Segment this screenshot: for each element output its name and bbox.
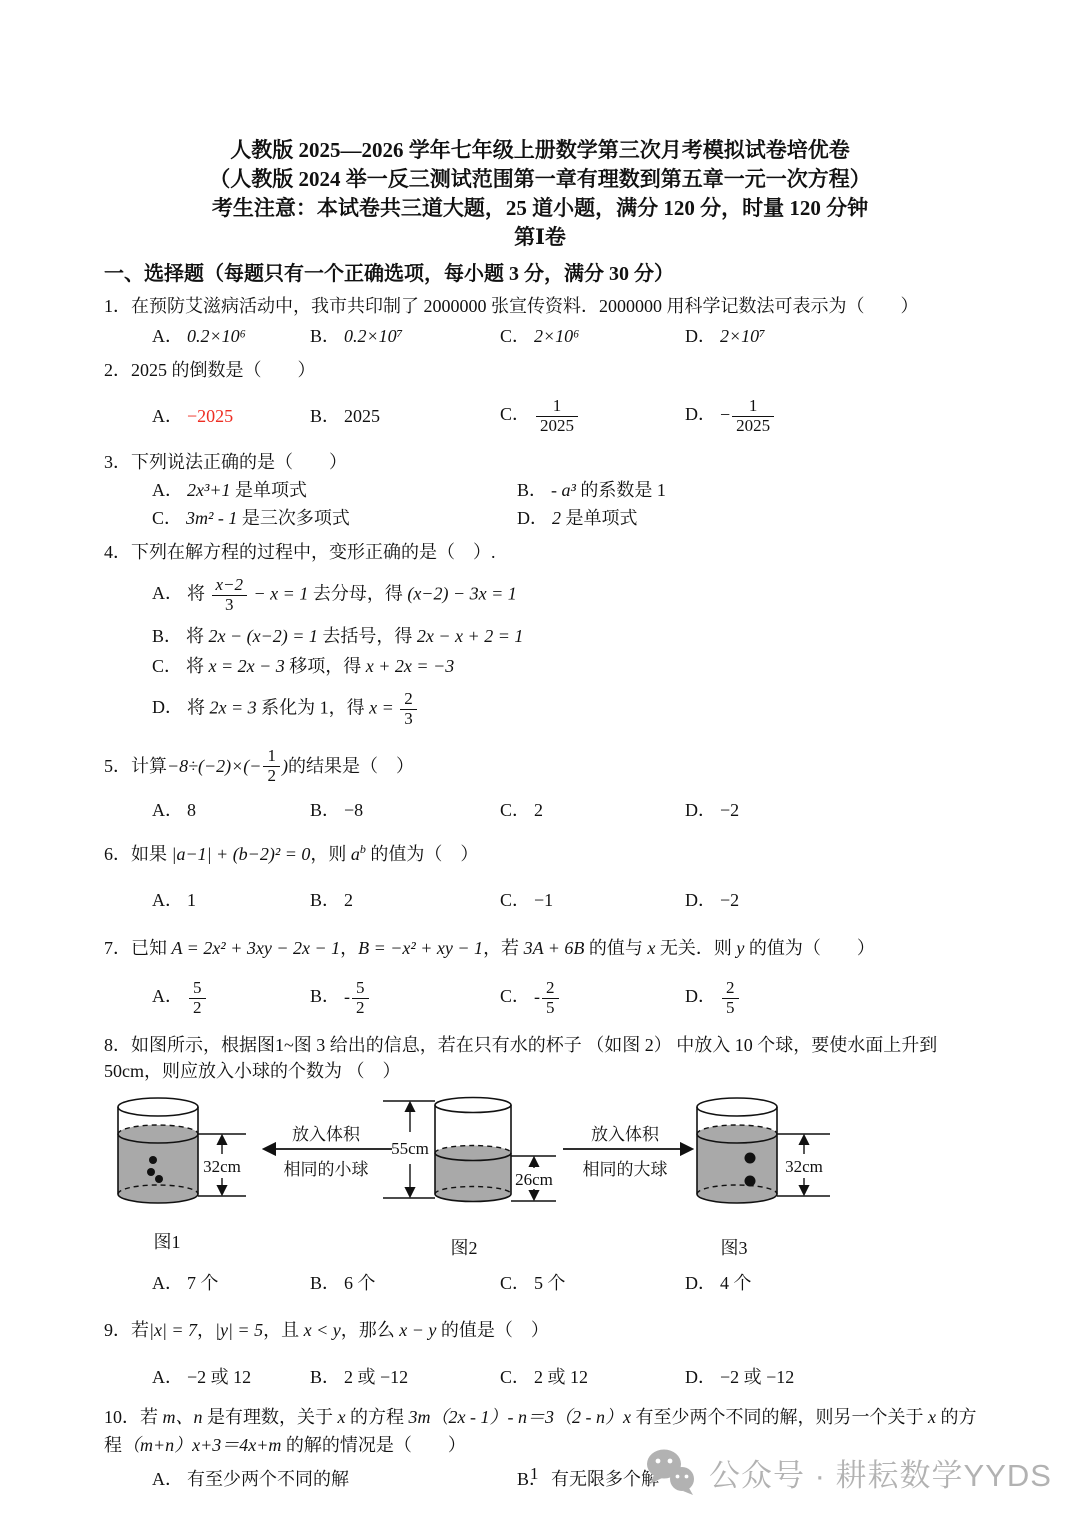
exam-header: 人教版 2025—2026 学年七年级上册数学第三次月考模拟试卷培优卷 （人教版… [90, 136, 990, 252]
answer-highlight: −2025 [187, 406, 233, 426]
option-label: A． [152, 1469, 183, 1489]
option-label: D． [685, 890, 716, 910]
option-d: D．−2 或 −12 [685, 1363, 988, 1391]
option-label: D． [685, 986, 716, 1006]
fraction: 25 [542, 979, 559, 1017]
option-a: A．−2 或 12 [152, 1363, 310, 1391]
option-b: B．2 或 −12 [310, 1363, 500, 1391]
question-stem: 4．下列在解方程的过程中，变形正确的是（ ）. [104, 538, 988, 566]
arrow-caption: 相同的大球 [583, 1160, 668, 1179]
question-3: 3．下列说法正确的是（ ） A．2x³+1 是单项式 B．- a³ 的系数是 1… [104, 448, 988, 532]
large-ball [745, 1153, 756, 1164]
dimension-label: 26cm [515, 1170, 553, 1189]
question-stem: 3．下列说法正确的是（ ） [104, 448, 988, 476]
option-c: C．2×10⁶ [500, 322, 685, 350]
option-a: A．0.2×10⁶ [152, 322, 310, 350]
option-label: A． [152, 480, 183, 500]
figure-caption-1: 图1 [154, 1232, 181, 1252]
option-label: A． [152, 406, 183, 426]
dimension-32cm-left: 32cm [198, 1134, 246, 1196]
option-a: A．2x³+1 是单项式 [152, 476, 517, 504]
left-arrow-group: 放入体积 相同的小球 [264, 1125, 392, 1179]
option-label: A． [152, 1273, 183, 1293]
option-d: D．−2 [685, 796, 988, 824]
option-d: D．−12025 [685, 397, 988, 435]
option-c: C．将 x = 2x − 3 移项，得 x + 2x = −3 [152, 652, 988, 680]
cylinders-figure-svg: 32cm 放入体积 相同的小球 [104, 1088, 980, 1260]
cylinder-2 [435, 1098, 511, 1202]
option-d: D．−2 [685, 886, 988, 914]
question-stem: 2．2025 的倒数是（ ） [104, 356, 988, 384]
option-c: C．2 [500, 796, 685, 824]
small-ball [149, 1156, 157, 1164]
option-a: A．1 [152, 886, 310, 914]
option-b: B．6 个 [310, 1269, 500, 1297]
question-8-figure: 32cm 放入体积 相同的小球 [104, 1088, 988, 1265]
exam-subtitle: （人教版 2024 举一反三测试范围第一章有理数到第五章一元一次方程） [90, 165, 990, 194]
option-b: B．2025 [310, 402, 500, 430]
page-title: 人教版 2025—2026 学年七年级上册数学第三次月考模拟试卷培优卷 [90, 136, 990, 165]
option-a: A．−2025 [152, 402, 310, 430]
options-row: A．2x³+1 是单项式 B．- a³ 的系数是 1 [152, 476, 988, 504]
option-b: B．- a³ 的系数是 1 [517, 476, 988, 504]
option-label: C． [152, 656, 182, 676]
small-ball [147, 1168, 155, 1176]
option-label: C． [500, 890, 530, 910]
option-b: B．0.2×10⁷ [310, 322, 500, 350]
options-row: A．−2025 B．2025 C．12025 D．−12025 [152, 392, 988, 440]
question-stem: 1．在预防艾滋病活动中，我市共印制了 2000000 张宣传资料．2000000… [104, 292, 988, 320]
fraction: 12 [263, 747, 280, 785]
watermark: 公众号 · 耕耘数学YYDS [645, 1448, 1052, 1496]
question-1: 1．在预防艾滋病活动中，我市共印制了 2000000 张宣传资料．2000000… [104, 292, 988, 350]
question-2: 2．2025 的倒数是（ ） A．−2025 B．2025 C．12025 D．… [104, 356, 988, 440]
option-label: B． [152, 626, 182, 646]
dimension-label: 55cm [391, 1139, 429, 1158]
fraction: 52 [352, 979, 369, 1017]
options-row: A．−2 或 12 B．2 或 −12 C．2 或 12 D．−2 或 −12 [152, 1363, 988, 1391]
dimension-55cm: 55cm [383, 1101, 435, 1198]
option-label: C． [500, 986, 530, 1006]
options-row: A．52 B．-52 C．-25 D．25 [152, 974, 988, 1022]
question-stem: 8．如图所示，根据图1~图 3 给出的信息，若在只有水的杯子 （如图 2） 中放… [104, 1032, 988, 1084]
option-label: D． [685, 800, 716, 820]
option-label: A． [152, 986, 183, 1006]
section-heading: 一、选择题（每题只有一个正确选项，每小题 3 分，满分 30 分） [104, 260, 990, 288]
figure-caption-2: 图2 [451, 1238, 478, 1258]
option-label: C． [500, 800, 530, 820]
option-label: C． [500, 1367, 530, 1387]
option-d: D．2×10⁷ [685, 322, 988, 350]
option-d: D．将 2x = 3 系化为 1，得 x = 23 [152, 686, 988, 732]
option-label: A． [152, 1367, 183, 1387]
option-a: A．将 x−23 − x = 1 去分母，得 (x−2) − 3x = 1 [152, 572, 988, 618]
option-c: C．-25 [500, 979, 685, 1017]
cylinder-1 [118, 1098, 198, 1203]
option-a: A．8 [152, 796, 310, 824]
options-row: A．0.2×10⁶ B．0.2×10⁷ C．2×10⁶ D．2×10⁷ [152, 322, 988, 350]
option-label: A． [152, 326, 183, 346]
dimension-26cm: 26cm [511, 1156, 556, 1201]
option-label: B． [517, 480, 547, 500]
option-c: C．5 个 [500, 1269, 685, 1297]
dimension-label: 32cm [785, 1157, 823, 1176]
question-stem: 6．如果 |a−1| + (b−2)² = 0，则 ab 的值为（ ） [104, 838, 988, 870]
option-label: D． [685, 404, 716, 424]
options-row: A．7 个 B．6 个 C．5 个 D．4 个 [152, 1269, 988, 1297]
option-b: B．-52 [310, 979, 500, 1017]
option-label: B． [310, 406, 340, 426]
options-row: A．1 B．2 C．−1 D．−2 [152, 886, 988, 914]
option-label: A． [152, 800, 183, 820]
option-label: C． [152, 508, 182, 528]
question-9: 9．若|x| = 7，|y| = 5，且 x < y，那么 x − y 的值是（… [104, 1315, 988, 1391]
option-b: B．−8 [310, 796, 500, 824]
option-label: D． [685, 1273, 716, 1293]
option-c: C．−1 [500, 886, 685, 914]
option-a: A．有至少两个不同的解 [152, 1465, 517, 1493]
page-number: 1 [530, 1464, 539, 1484]
option-d: D．25 [685, 979, 988, 1017]
exam-notice: 考生注意：本试卷共三道大题，25 道小题，满分 120 分，时量 120 分钟 [90, 194, 990, 223]
option-label: C． [500, 1273, 530, 1293]
option-d: D．4 个 [685, 1269, 988, 1297]
option-label: B． [310, 1273, 340, 1293]
option-c: C．12025 [500, 397, 685, 435]
arrow-caption: 放入体积 [591, 1125, 660, 1144]
question-5: 5．计算 −8÷(−2)×(−12) 的结果是（ ） A．8 B．−8 C．2 … [104, 742, 988, 824]
option-d: D．2 是单项式 [517, 504, 988, 532]
question-stem: 5．计算 −8÷(−2)×(−12) 的结果是（ ） [104, 742, 988, 790]
options-row: A．8 B．−8 C．2 D．−2 [152, 796, 988, 824]
option-label: D． [685, 326, 716, 346]
option-label: C． [500, 404, 530, 424]
large-ball [745, 1176, 756, 1187]
fraction: 23 [400, 690, 417, 728]
option-a: A．52 [152, 979, 310, 1017]
question-6: 6．如果 |a−1| + (b−2)² = 0，则 ab 的值为（ ） A．1 … [104, 838, 988, 914]
arrow-caption: 相同的小球 [284, 1160, 369, 1179]
questions: 1．在预防艾滋病活动中，我市共印制了 2000000 张宣传资料．2000000… [104, 292, 988, 1493]
option-label: C． [500, 326, 530, 346]
option-label: B． [310, 800, 340, 820]
fraction: x−23 [212, 576, 248, 614]
wechat-icon [645, 1448, 697, 1496]
option-label: D． [152, 697, 183, 717]
option-label: D． [685, 1367, 716, 1387]
question-stem: 7．已知 A = 2x² + 3xy − 2x − 1，B = −x² + xy… [104, 934, 988, 962]
question-4: 4．下列在解方程的过程中，变形正确的是（ ）. A．将 x−23 − x = 1… [104, 538, 988, 732]
fraction: 12025 [536, 397, 578, 435]
minus-sign: − [720, 404, 730, 424]
question-stem: 9．若|x| = 7，|y| = 5，且 x < y，那么 x − y 的值是（… [104, 1315, 988, 1345]
question-8: 8．如图所示，根据图1~图 3 给出的信息，若在只有水的杯子 （如图 2） 中放… [104, 1032, 988, 1297]
option-b: B．将 2x − (x−2) = 1 去括号，得 2x − x + 2 = 1 [152, 622, 988, 650]
cylinder-3 [697, 1098, 777, 1203]
option-c: C．3m² - 1 是三次多项式 [152, 504, 517, 532]
option-label: B． [310, 326, 340, 346]
options-row: C．3m² - 1 是三次多项式 D．2 是单项式 [152, 504, 988, 532]
fraction: 52 [189, 979, 206, 1017]
figure-caption-3: 图3 [721, 1238, 748, 1258]
option-label: B． [310, 890, 340, 910]
small-ball [155, 1175, 163, 1183]
option-label: B． [310, 1367, 340, 1387]
dimension-label: 32cm [203, 1157, 241, 1176]
option-c: C．2 或 12 [500, 1363, 685, 1391]
right-arrow-group: 放入体积 相同的大球 [563, 1125, 692, 1179]
option-label: B． [310, 986, 340, 1006]
watermark-text: 公众号 · 耕耘数学YYDS [709, 1450, 1052, 1495]
option-label: A． [152, 890, 183, 910]
exam-page: 人教版 2025—2026 学年七年级上册数学第三次月考模拟试卷培优卷 （人教版… [0, 0, 1080, 1527]
option-a: A．7 个 [152, 1269, 310, 1297]
option-b: B．2 [310, 886, 500, 914]
volume-label: 第Ⅰ卷 [90, 223, 990, 252]
option-label: A． [152, 583, 183, 603]
question-7: 7．已知 A = 2x² + 3xy − 2x − 1，B = −x² + xy… [104, 934, 988, 1022]
fraction: 25 [722, 979, 739, 1017]
dimension-32cm-right: 32cm [777, 1134, 830, 1196]
option-label: D． [517, 508, 548, 528]
fraction: 12025 [732, 397, 774, 435]
arrow-caption: 放入体积 [292, 1125, 361, 1144]
